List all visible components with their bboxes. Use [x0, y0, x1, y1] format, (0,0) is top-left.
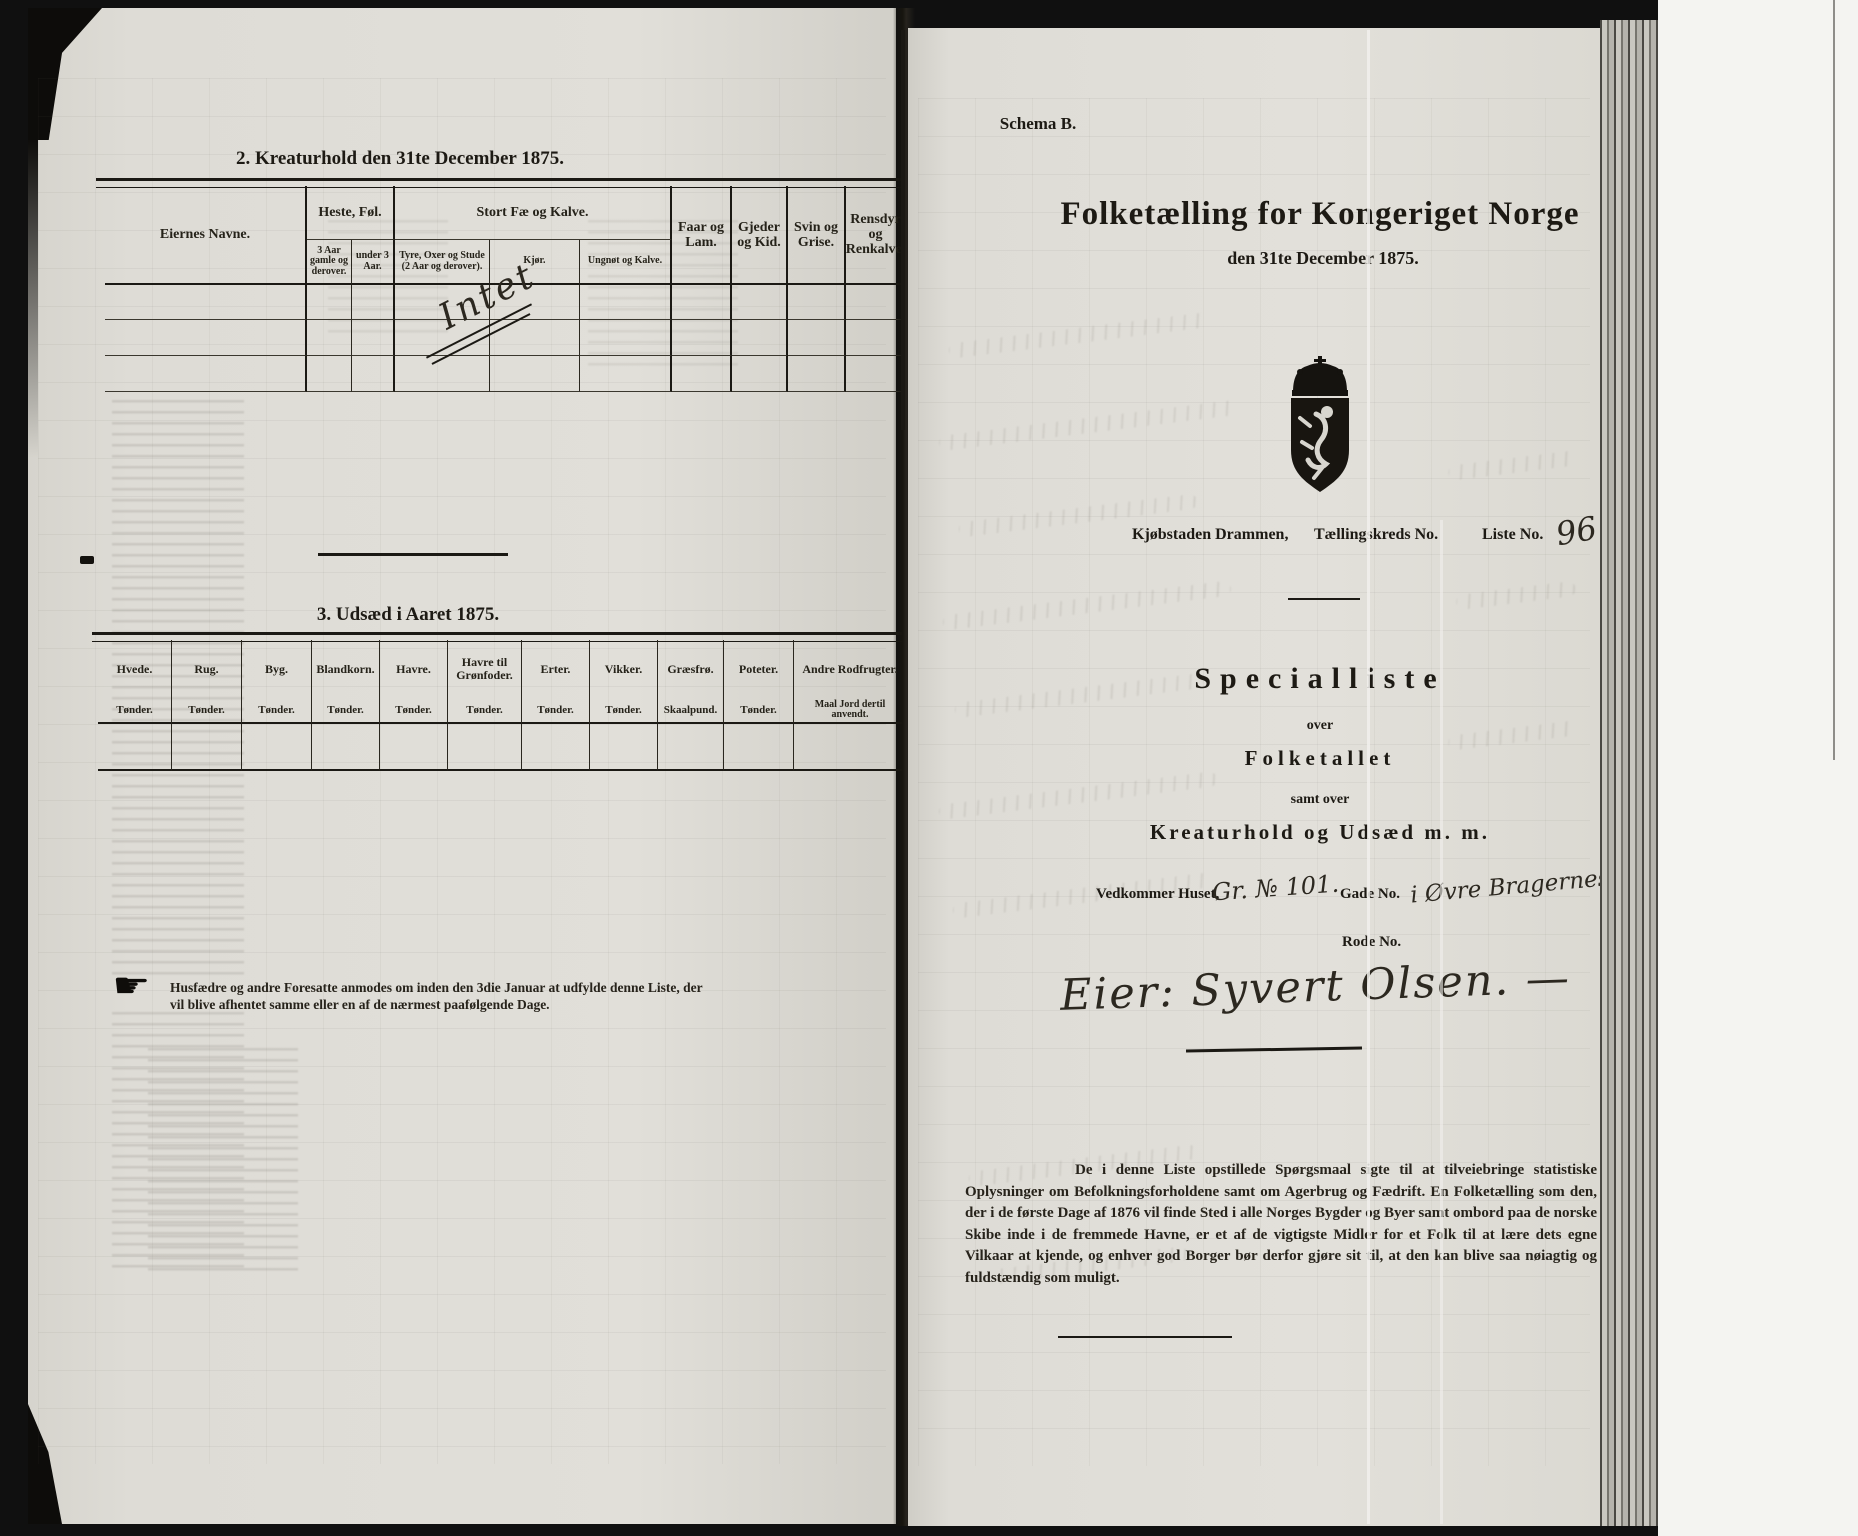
- table-empty-cell: [307, 320, 352, 356]
- scan-artifact: [80, 556, 94, 564]
- gade-no-label: Gade No.: [1340, 886, 1420, 903]
- table-empty-cell: [172, 724, 242, 771]
- schema-label: Schema B.: [978, 114, 1098, 134]
- scanned-book-spread: 2. Kreaturhold den 31te December 1875. E…: [0, 0, 1858, 1536]
- handwritten-liste-number: 96: [1553, 509, 1600, 553]
- owner-underline-rule: [1186, 1046, 1362, 1052]
- city-label: Kjøbstaden Drammen,: [1132, 526, 1312, 544]
- table2-header-heste-sub2: under 3 Aar.: [352, 240, 395, 285]
- table3-header: Poteter.: [724, 640, 794, 698]
- footer-note-text: Husfædre og andre Foresatte anmodes om i…: [170, 980, 718, 1013]
- table-empty-cell: [724, 724, 794, 771]
- scan-artifact: [28, 138, 38, 458]
- table2-header-faar: Faar og Lam.: [672, 186, 732, 285]
- table-empty-cell: [490, 356, 580, 392]
- scan-scratch: [1367, 30, 1370, 1524]
- intro-paragraph: De i denne Liste opstillede Spørgsmaal s…: [965, 1160, 1597, 1289]
- gutter-shadow-line: [901, 30, 905, 430]
- table3-unit: Tønder.: [380, 698, 448, 724]
- table3-header: Blandkorn.: [312, 640, 380, 698]
- table3-header: Hvede.: [98, 640, 172, 698]
- table3-header: Andre Rodfrugter.: [794, 640, 906, 698]
- table2-header-heste-sub1: 3 Aar gamle og derover.: [307, 240, 352, 285]
- table-empty-cell: [395, 356, 490, 392]
- heading-specialliste: Specialliste: [1000, 662, 1640, 696]
- bleed-through-script: [948, 312, 1208, 359]
- table-empty-cell: [788, 356, 846, 392]
- table3-unit: Tønder.: [312, 698, 380, 724]
- left-page: 2. Kreaturhold den 31te December 1875. E…: [28, 8, 896, 1524]
- rode-no-label: Rode No.: [1342, 934, 1422, 951]
- bleed-through-script: [1456, 581, 1577, 611]
- table3-unit: Maal Jord dertil anvendt.: [794, 698, 906, 724]
- table-empty-cell: [590, 724, 658, 771]
- bleed-through-text: [148, 1048, 298, 1278]
- table3-unit: Tønder.: [724, 698, 794, 724]
- handwritten-house-number: Gr. № 101.: [1211, 870, 1340, 907]
- table-empty-cell: [242, 724, 312, 771]
- census-subtitle: den 31te December 1875.: [1098, 248, 1548, 269]
- heading-samt-over: samt over: [1000, 792, 1640, 808]
- table-empty-cell: [672, 356, 732, 392]
- table-empty-cell: [352, 320, 395, 356]
- table3-header: Byg.: [242, 640, 312, 698]
- table3-header: Havre.: [380, 640, 448, 698]
- table-empty-cell: [732, 320, 788, 356]
- table-empty-cell: [672, 285, 732, 320]
- table-empty-cell: [788, 320, 846, 356]
- table2-header-eiernes: Eiernes Navne.: [105, 186, 307, 285]
- table-empty-cell: [788, 285, 846, 320]
- table-empty-cell: [307, 356, 352, 392]
- bleed-through-script: [942, 580, 1232, 630]
- table3-unit: Tønder.: [448, 698, 522, 724]
- table2-header-heste: Heste, Føl.: [307, 186, 395, 240]
- small-rule: [1288, 598, 1360, 600]
- table3-header: Havre til Grønfoder.: [448, 640, 522, 698]
- table-empty-cell: [580, 285, 672, 320]
- pointing-hand-icon: ☛: [112, 966, 150, 1006]
- table2-header-svin: Svin og Grise.: [788, 186, 846, 285]
- table-empty-cell: [794, 724, 906, 771]
- table-empty-cell: [580, 320, 672, 356]
- table3-unit: Tønder.: [172, 698, 242, 724]
- table2-title: 2. Kreaturhold den 31te December 1875.: [75, 148, 725, 170]
- bleed-through-script: [1448, 450, 1579, 481]
- page-stack-edge: [1600, 20, 1658, 1526]
- table-empty-cell: [448, 724, 522, 771]
- handwritten-owner: Eier: Syvert Olsen. —: [1059, 953, 1571, 1021]
- table3-header: Græsfrø.: [658, 640, 724, 698]
- table-empty-cell: [312, 724, 380, 771]
- table3-unit: Skaalpund.: [658, 698, 724, 724]
- table3-unit: Tønder.: [522, 698, 590, 724]
- table2-header-stort-sub3: Ungnøt og Kalve.: [580, 240, 672, 285]
- coat-of-arms-norwegian-lion: [1286, 356, 1354, 496]
- scanner-edge-line: [1833, 0, 1835, 760]
- district-label: Tællingskreds No.: [1314, 526, 1484, 544]
- table3-header: Vikker.: [590, 640, 658, 698]
- table-empty-cell: [352, 356, 395, 392]
- table3-header: Rug.: [172, 640, 242, 698]
- heading-over: over: [1000, 718, 1640, 734]
- table-empty-cell: [732, 356, 788, 392]
- table-empty-cell: [98, 724, 172, 771]
- table-empty-cell: [580, 356, 672, 392]
- scan-artifact: [28, 8, 102, 140]
- table3-unit: Tønder.: [242, 698, 312, 724]
- heading-kreaturhold: Kreaturhold og Udsæd m. m.: [1000, 820, 1640, 845]
- table-empty-cell: [658, 724, 724, 771]
- table-empty-cell: [732, 285, 788, 320]
- bleed-through-script: [938, 400, 1238, 451]
- table3-unit: Tønder.: [590, 698, 658, 724]
- table3-header: Erter.: [522, 640, 590, 698]
- table-empty-cell: [522, 724, 590, 771]
- table3-title: 3. Udsæd i Aaret 1875.: [83, 604, 733, 626]
- table3-unit: Tønder.: [98, 698, 172, 724]
- table2-header-gjeder: Gjeder og Kid.: [732, 186, 788, 285]
- table-empty-cell: [105, 320, 307, 356]
- table2-header-stort: Stort Fæ og Kalve.: [395, 186, 672, 240]
- scan-scratch: [1440, 520, 1443, 1524]
- heading-folketallet: Folketallet: [1000, 746, 1640, 771]
- table-empty-cell: [307, 285, 352, 320]
- scanner-background: [1658, 0, 1858, 1536]
- table-empty-cell: [380, 724, 448, 771]
- table-empty-cell: [105, 356, 307, 392]
- section-divider-rule: [318, 553, 508, 556]
- table3: Hvede. Rug. Byg. Blandkorn. Havre. Havre…: [98, 640, 906, 771]
- closing-rule: [1058, 1336, 1232, 1338]
- table-empty-cell: [672, 320, 732, 356]
- table-empty-cell: [352, 285, 395, 320]
- table-empty-cell: [105, 285, 307, 320]
- right-page: Schema B. Folketælling for Kongeriget No…: [908, 28, 1600, 1526]
- scan-artifact: [28, 1404, 62, 1524]
- census-title: Folketælling for Kongeriget Norge: [1000, 196, 1640, 233]
